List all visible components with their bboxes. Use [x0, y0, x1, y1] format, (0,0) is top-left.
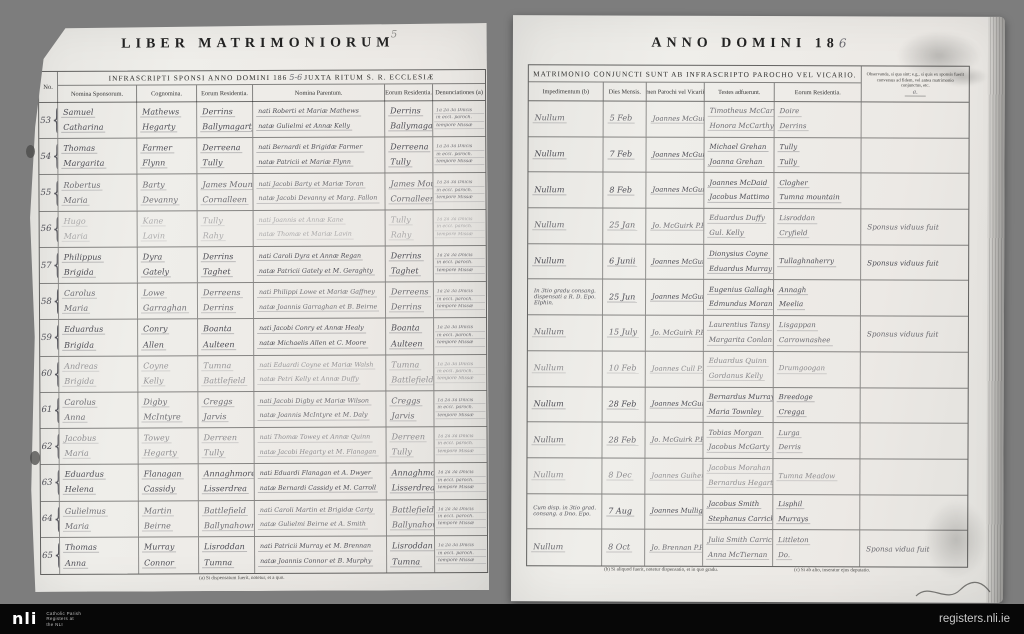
parochus-cell: Joannes McGuirk P.P. [646, 244, 704, 279]
observanda-cell: Sponsus viduus fuit [861, 209, 968, 244]
testes-cell: Timotheus McCarthyHonora McCarthy [705, 102, 775, 137]
column-header-impedimentum: Impedimentum (b) [529, 82, 604, 100]
table-row: Nullum 28 Feb Joannes McGuirk P.P. Berna… [528, 387, 968, 424]
impedimentum-cell: Nullum [527, 458, 602, 493]
column-header-no: No. [39, 72, 58, 103]
marriage-table-left: No. INFRASCRIPTI SPONSI ANNO DOMINI 1865… [38, 69, 488, 575]
impedimentum-cell: Nullum [527, 422, 602, 457]
residentia-cell-right: BreedogeCregga [774, 388, 861, 423]
residentia2-cell: CreggsJarvis [386, 391, 434, 426]
testes-cell: Eugenius GallagherEdmundus Moran [704, 280, 774, 315]
left-footnote: (a) Si dispensatum fuerit, notetur, et a… [199, 576, 284, 581]
table-row: Nullum 5 Feb Joannes McGuirk P.P. Timoth… [529, 101, 969, 138]
residentia2-cell: DerreenTully [387, 427, 435, 462]
residentia-cell: DerrinsBallymagarty [197, 102, 253, 137]
table-row: 63{ EduardusHelena FlanaganCassidy Annag… [41, 463, 487, 501]
observanda-cell [861, 138, 968, 173]
dies-cell: 6 Junii [603, 244, 646, 279]
column-header-cognomina: Cognomina. [137, 85, 197, 102]
cognomina-cell: ConryAllen [138, 320, 198, 355]
column-header-dies: Dies Mensis. [604, 82, 647, 100]
table-row: Nullum 6 Junii Joannes McGuirk P.P. Dion… [528, 244, 968, 281]
denunciationes-cell: 1a 2a 3a Dnicisin eccl. paroch.tempore M… [434, 355, 486, 390]
residentia-cell-right: LurgaDerris [773, 423, 860, 458]
impedimentum-cell: Nullum [528, 244, 603, 279]
cognomina-cell: MurrayConnor [139, 537, 199, 573]
table-row: 59{ EduardusBrigida ConryAllen BoantaAul… [40, 318, 486, 356]
impedimentum-cell: In 3tio gradu consang. dispensati a R. D… [528, 280, 603, 315]
row-number-cell: 55{ [39, 175, 58, 210]
register-left-page: LIBER MATRIMONIORUM 5 No. INFRASCRIPTI S… [29, 23, 489, 592]
denunciationes-cell: 1a 2a 3a Dnicisin eccl. paroch.tempore M… [435, 463, 487, 498]
residentia-cell: CreggsJarvis [198, 392, 254, 427]
residentia-cell-right: LittletonDo. [773, 530, 860, 566]
residentia2-cell: AnnaghmoreLisserdrea [387, 464, 435, 499]
row-number-cell: 63{ [41, 465, 60, 500]
residentia2-cell: DerreensDerrins [386, 282, 434, 317]
table-row: 58{ CarolusMaria LoweGarraghan DerreensD… [40, 282, 486, 320]
parentum-cell: nati Eduardi Coyne et Mariæ Walshnatæ Pe… [254, 355, 386, 391]
row-number-cell: 59{ [40, 320, 59, 355]
column-header-residentia-right: Eorum Residentia. [775, 83, 861, 101]
residentia-cell: DerreenaTully [197, 138, 253, 173]
cognomina-cell: DyraGately [138, 247, 198, 282]
denunciationes-cell: 1a 2a 3a Dnicisin eccl. paroch.tempore M… [434, 391, 486, 426]
parochus-cell: Joannes McGuirk P.P. [646, 387, 704, 422]
table-row: Nullum 28 Feb Jo. McGuirk P.P. Tobias Mo… [527, 422, 967, 459]
table-row: 65{ ThomasAnna MurrayConnor LisroddanTum… [41, 536, 487, 574]
register-right-page: ANNO DOMINI 186 MATRIMONIO CONJUNCTI SUN… [511, 15, 1005, 603]
observanda-header: Observanda, si qua sint; e.g., si quis e… [862, 66, 969, 101]
observanda-cell [861, 352, 968, 387]
row-number-cell: 60{ [40, 356, 59, 391]
column-header-residentia: Eorum Residentia. [197, 85, 253, 102]
dies-cell: 8 Feb [603, 173, 646, 208]
observanda-cell [860, 424, 967, 459]
sponsors-cell: GulielmusMaria [60, 501, 139, 537]
dies-cell: 25 Jan [603, 209, 646, 244]
denunciationes-cell: 1a 2a 3a Dnicisin eccl. paroch.tempore M… [433, 101, 485, 136]
row-number-cell: 62{ [41, 429, 60, 464]
parentum-cell: nati Caroli Dyra et Annæ Regannatæ Patri… [254, 246, 386, 282]
residentia-cell-right: LisgappanCarrownashee [774, 316, 861, 351]
table-row: 62{ JacobusMaria ToweyHegarty DerreenTul… [41, 427, 487, 465]
sponsors-cell: ThomasMargarita [58, 139, 137, 175]
parentum-cell: nati Joannis et Annæ Kanenatæ Thomæ et M… [254, 210, 386, 246]
impedimentum-cell: Nullum [528, 315, 603, 350]
table-row: Nullum 8 Oct Jo. Brennan P.P. Julia Smit… [527, 529, 967, 566]
dies-cell: 8 Dec [602, 458, 645, 493]
impedimentum-cell: Nullum [528, 208, 603, 243]
parentum-cell: nati Jacobi Conry et Annæ Healynatæ Mich… [254, 319, 386, 355]
sponsors-cell: CarolusAnna [59, 392, 138, 428]
residentia2-cell: BattlefieldBallynahowna [387, 500, 435, 535]
residentia-cell: DerreensDerrins [198, 283, 254, 318]
row-number-cell: 53{ [39, 103, 58, 138]
handwritten-year: 5-6 [289, 73, 302, 82]
cognomina-cell: LoweGarraghan [138, 283, 198, 318]
residentia-cell: BoantaAulteen [198, 319, 254, 354]
scan-smudge [26, 145, 35, 158]
residentia-cell-right: ClogherTumna mountain [774, 173, 861, 208]
nli-logo: nli [12, 611, 37, 627]
parentum-cell: nati Thomæ Towey et Annæ Quinnnatæ Jacob… [255, 428, 387, 464]
residentia-cell: BattlefieldBallynahowna [199, 501, 255, 536]
parentum-cell: nati Roberti et Mariæ Mathewsnatæ Guliel… [253, 101, 385, 137]
sponsors-cell: CarolusMaria [59, 284, 138, 320]
testes-cell: Eduardus DuffyGul. Kelly [704, 209, 774, 244]
impedimentum-cell: Nullum [529, 101, 604, 136]
testes-cell: Michael GrehanJoanna Grehan [704, 138, 774, 173]
table-row: Nullum 8 Feb Joannes McGuirk P.P. Joanne… [528, 173, 968, 210]
parentum-cell: nati Philippi Lowe et Mariæ Gaffneynatæ … [254, 283, 386, 319]
table-row: Nullum 7 Feb Joannes McGuirk P.P. Michae… [528, 137, 968, 174]
denunciationes-cell: 1a 2a 3a Dnicisin eccl. paroch.tempore M… [434, 246, 486, 281]
denunciationes-cell: 1a 2a 3a Dnicisin eccl. paroch.tempore M… [434, 318, 486, 353]
right-page-title: ANNO DOMINI 186 [503, 35, 995, 53]
row-number-cell: 65{ [41, 538, 60, 574]
sponsors-cell: HugoMaria [59, 211, 138, 247]
residentia2-cell: TullyRahy [386, 210, 434, 245]
parochus-cell: Joannes McGuirk P.P. [646, 280, 704, 315]
residentia-cell-right: Tumna Meadow [773, 459, 860, 494]
testes-cell: Julia Smith CarrickAnna McTiernan [703, 530, 773, 566]
scanned-register-viewer: LIBER MATRIMONIORUM 5 No. INFRASCRIPTI S… [0, 0, 1024, 634]
parentum-cell: nati Patricii Murray et M. Brennannatæ J… [255, 536, 387, 573]
denunciationes-cell: 1a 2a 3a Dnicisin eccl. paroch.tempore M… [435, 536, 487, 572]
table-row: 54{ ThomasMargarita FarmerFlynn Derreena… [39, 137, 485, 175]
right-footnote-b: (b) Si aliquod fuerit, notetur dispensat… [604, 567, 718, 572]
handwritten-flourish [912, 578, 992, 604]
denunciationes-cell: 1a 2a 3a Dnicisin eccl. paroch.tempore M… [434, 210, 486, 245]
denunciationes-cell: 1a 2a 3a Dnicisin eccl. paroch.tempore M… [433, 137, 485, 172]
left-table-header: No. INFRASCRIPTI SPONSI ANNO DOMINI 1865… [39, 70, 485, 103]
row-number-cell: 64{ [41, 501, 60, 536]
parentum-cell: nati Bernardi et Brigidæ Farmernatæ Patr… [253, 138, 385, 174]
right-table-rows: Nullum 5 Feb Joannes McGuirk P.P. Timoth… [527, 101, 969, 567]
residentia-cell: TullyRahy [198, 211, 254, 246]
residentia-cell-right: TullyTully [774, 138, 861, 173]
residentia-cell: LisroddanTumna [199, 537, 255, 573]
nli-logo-caption: Catholic Parish Registers at the NLI [46, 611, 81, 628]
parochus-cell: Jo. McGuirk P.P. [646, 209, 704, 244]
observanda-cell [861, 281, 968, 316]
table-row: Cum disp. in 3tio grad. consang. a Dno. … [527, 494, 967, 531]
dies-cell: 10 Feb [603, 351, 646, 386]
residentia2-cell: DerreenaTully [385, 137, 433, 172]
table-row: 56{ HugoMaria KaneLavin TullyRahy nati J… [40, 210, 486, 248]
sponsors-cell: AndreasBrigida [59, 356, 138, 392]
residentia-cell: DerreenTully [199, 428, 255, 463]
parochus-cell: Joannes McGuirk P.P. [646, 137, 704, 172]
residentia2-cell: TumnaBattlefield [386, 355, 434, 390]
row-number-cell: 58{ [40, 284, 59, 319]
table-row: 64{ GulielmusMaria MartinBeirne Battlefi… [41, 500, 487, 538]
observanda-cell [861, 174, 968, 209]
dies-cell: 7 Feb [603, 137, 646, 172]
viewer-bottom-bar: nli Catholic Parish Registers at the NLI… [0, 604, 1024, 634]
residentia-cell: DerrinsTaghet [198, 247, 254, 282]
impedimentum-cell: Cum disp. in 3tio grad. consang. a Dno. … [527, 494, 602, 529]
column-header-residentia2: Eorum Residentia. [385, 84, 433, 101]
residentia-cell: TumnaBattlefield [198, 356, 254, 391]
right-footnote-c: (c) Si ab alio, inseratur ejus deputatio… [794, 568, 870, 573]
cognomina-cell: FarmerFlynn [137, 138, 197, 173]
pencil-page-number: 5 [391, 29, 397, 40]
table-row: In 3tio gradu consang. dispensati a R. D… [528, 280, 968, 317]
residentia2-cell: LisroddanTumna [387, 536, 435, 572]
marriage-table-right: MATRIMONIO CONJUNCTI SUNT AB INFRASCRIPT… [526, 64, 970, 568]
left-table-rows: 53{ SamuelCatharina MathewsHegarty Derri… [39, 101, 487, 574]
residentia-cell-right: Tullaghnaherry [774, 245, 861, 280]
parochus-cell: Joannes Cull P.P. [646, 351, 704, 386]
row-number-cell: 54{ [39, 139, 58, 174]
observanda-cell: Sponsa vidua fuit [860, 531, 967, 567]
row-number-cell: 61{ [40, 393, 59, 428]
column-header-parochus: Nomen Parochi vel Vicarii (c) [647, 83, 705, 101]
sponsors-cell: PhilippusBrigida [59, 247, 138, 283]
dies-cell: 28 Feb [602, 423, 645, 458]
testes-cell: Bernardus MurrayMaria Townley [704, 387, 774, 422]
residentia-cell-right: Drumgoogan [774, 352, 861, 387]
residentia-cell: James MountainCornalleen [197, 174, 253, 209]
sponsors-cell: EduardusBrigida [59, 320, 138, 356]
right-table-header: MATRIMONIO CONJUNCTI SUNT AB INFRASCRIPT… [529, 65, 969, 103]
sponsors-cell: ThomasAnna [60, 537, 139, 574]
cognomina-cell: ToweyHegarty [139, 428, 199, 463]
cognomina-cell: BartyDevanny [137, 175, 197, 210]
table-row: Nullum 10 Feb Joannes Cull P.P. Eduardus… [528, 351, 968, 388]
residentia2-cell: BoantaAulteen [386, 319, 434, 354]
dies-cell: 5 Feb [604, 101, 647, 136]
right-header-band: MATRIMONIO CONJUNCTI SUNT AB INFRASCRIPT… [529, 65, 861, 83]
dies-cell: 8 Oct [602, 530, 645, 566]
impedimentum-cell: Nullum [528, 173, 603, 208]
residentia-cell-right: AnnaghMeelia [774, 281, 861, 316]
residentia2-cell: James MountainCornalleen [385, 174, 433, 209]
denunciationes-cell: 1a 2a 3a Dnicisin eccl. paroch.tempore M… [434, 282, 486, 317]
parochus-cell: Jo. McGuirk P.P. [645, 423, 703, 458]
parentum-cell: nati Jacobi Digby et Mariæ Wilsonnatæ Jo… [254, 391, 386, 427]
column-header-denunciationes: Denunciationes (a) [433, 84, 485, 101]
row-number-cell: 56{ [40, 212, 59, 247]
column-header-sponsors: Nomina Sponsorum. [58, 86, 137, 103]
denunciationes-cell: 1a 2a 3a Dnicisin eccl. paroch.tempore M… [435, 427, 487, 462]
sponsors-cell: RobertusMaria [58, 175, 137, 211]
table-row: 53{ SamuelCatharina MathewsHegarty Derri… [39, 101, 485, 139]
table-row: 60{ AndreasBrigida CoyneKelly TumnaBattl… [40, 355, 486, 393]
residentia-cell-right: LisphilMurrays [773, 495, 860, 530]
denunciationes-cell: 1a 2a 3a Dnicisin eccl. paroch.tempore M… [433, 173, 485, 208]
dies-cell: 15 July [603, 316, 646, 351]
cognomina-cell: KaneLavin [138, 211, 198, 246]
parochus-cell: Joannes McGuirk P.P. [647, 102, 705, 137]
parochus-cell: Jo. McGuirk P.P. [646, 316, 704, 351]
testes-cell: Jacobus SmithStephanus Carrick [703, 494, 773, 529]
observanda-cell [861, 388, 968, 423]
sponsors-cell: JacobusMaria [60, 429, 139, 465]
impedimentum-cell: Nullum [528, 351, 603, 386]
parochus-cell: Jo. Brennan P.P. [645, 530, 703, 566]
cognomina-cell: FlanaganCassidy [139, 465, 199, 500]
observanda-cell: Sponsus viduus fuit [861, 245, 968, 280]
column-header-parentum: Nomina Parentum. [253, 84, 385, 102]
table-row: Nullum 15 July Jo. McGuirk P.P. Laurenti… [528, 315, 968, 352]
residentia-cell-right: DoireDerrins [775, 102, 862, 137]
left-page-title: LIBER MATRIMONIORUM [29, 35, 487, 53]
testes-cell: Eduardus QuinnGordanus Kelly [704, 352, 774, 387]
parentum-cell: nati Eduardi Flanagan et A. Dwyernatæ Be… [255, 464, 387, 500]
observanda-cell [860, 495, 967, 530]
residentia-cell-right: LisroddanCryfield [774, 209, 861, 244]
residentia2-cell: DerrinsBallymagarty [385, 101, 433, 136]
parentum-cell: nati Jacobi Barty et Mariæ Torannatæ Jac… [253, 174, 385, 210]
observanda-mark: a. [905, 89, 926, 96]
cognomina-cell: DigbyMcIntyre [138, 392, 198, 427]
dies-cell: 28 Feb [603, 387, 646, 422]
parochus-cell: Joannes Guihen C.C. [645, 459, 703, 494]
table-row: Nullum 8 Dec Joannes Guihen C.C. Jacobus… [527, 458, 967, 495]
column-header-testes: Testes adfuerunt. [705, 83, 775, 101]
parentum-cell: nati Caroli Martin et Brigidæ Cartynatæ … [255, 500, 387, 536]
denunciationes-cell: 1a 2a 3a Dnicisin eccl. paroch.tempore M… [435, 500, 487, 535]
table-row: Nullum 25 Jan Jo. McGuirk P.P. Eduardus … [528, 208, 968, 245]
parochus-cell: Joannes McGuirk P.P. [646, 173, 704, 208]
testes-cell: Tobias MorganJacobus McGarty [703, 423, 773, 458]
observanda-cell: Sponsus viduus fuit [861, 317, 968, 352]
dies-cell: 25 Jun [603, 280, 646, 315]
parochus-cell: Joannes Mulligan P.P. [645, 494, 703, 529]
scan-smudge [30, 451, 40, 465]
testes-cell: Dionysius CoyneEduardus Murray [704, 245, 774, 280]
testes-cell: Joannes McDaidJacobus Mattimo [704, 173, 774, 208]
table-row: 57{ PhilippusBrigida DyraGately DerrinsT… [40, 246, 486, 284]
observanda-cell [860, 459, 967, 494]
residentia-cell: AnnaghmoreLisserdrea [199, 464, 255, 499]
cognomina-cell: MathewsHegarty [137, 102, 197, 137]
handwritten-year-right: 6 [839, 36, 847, 50]
dies-cell: 7 Aug [602, 494, 645, 529]
impedimentum-cell: Nullum [527, 529, 602, 565]
residentia2-cell: DerrinsTaghet [386, 246, 434, 281]
sponsors-cell: SamuelCatharina [58, 103, 137, 139]
testes-cell: Laurentius TansyMargarita Conlan [704, 316, 774, 351]
cognomina-cell: MartinBeirne [139, 501, 199, 536]
row-number-cell: 57{ [40, 248, 59, 283]
site-label: registers.nli.ie [939, 613, 1010, 625]
testes-cell: Jacobus MorahanBernardus Hegarty [703, 459, 773, 494]
cognomina-cell: CoyneKelly [138, 356, 198, 391]
impedimentum-cell: Nullum [528, 387, 603, 422]
table-row: 55{ RobertusMaria BartyDevanny James Mou… [39, 173, 485, 211]
observanda-cell [862, 102, 969, 137]
sponsors-cell: EduardusHelena [60, 465, 139, 501]
impedimentum-cell: Nullum [528, 137, 603, 172]
table-row: 61{ CarolusAnna DigbyMcIntyre CreggsJarv… [40, 391, 486, 429]
